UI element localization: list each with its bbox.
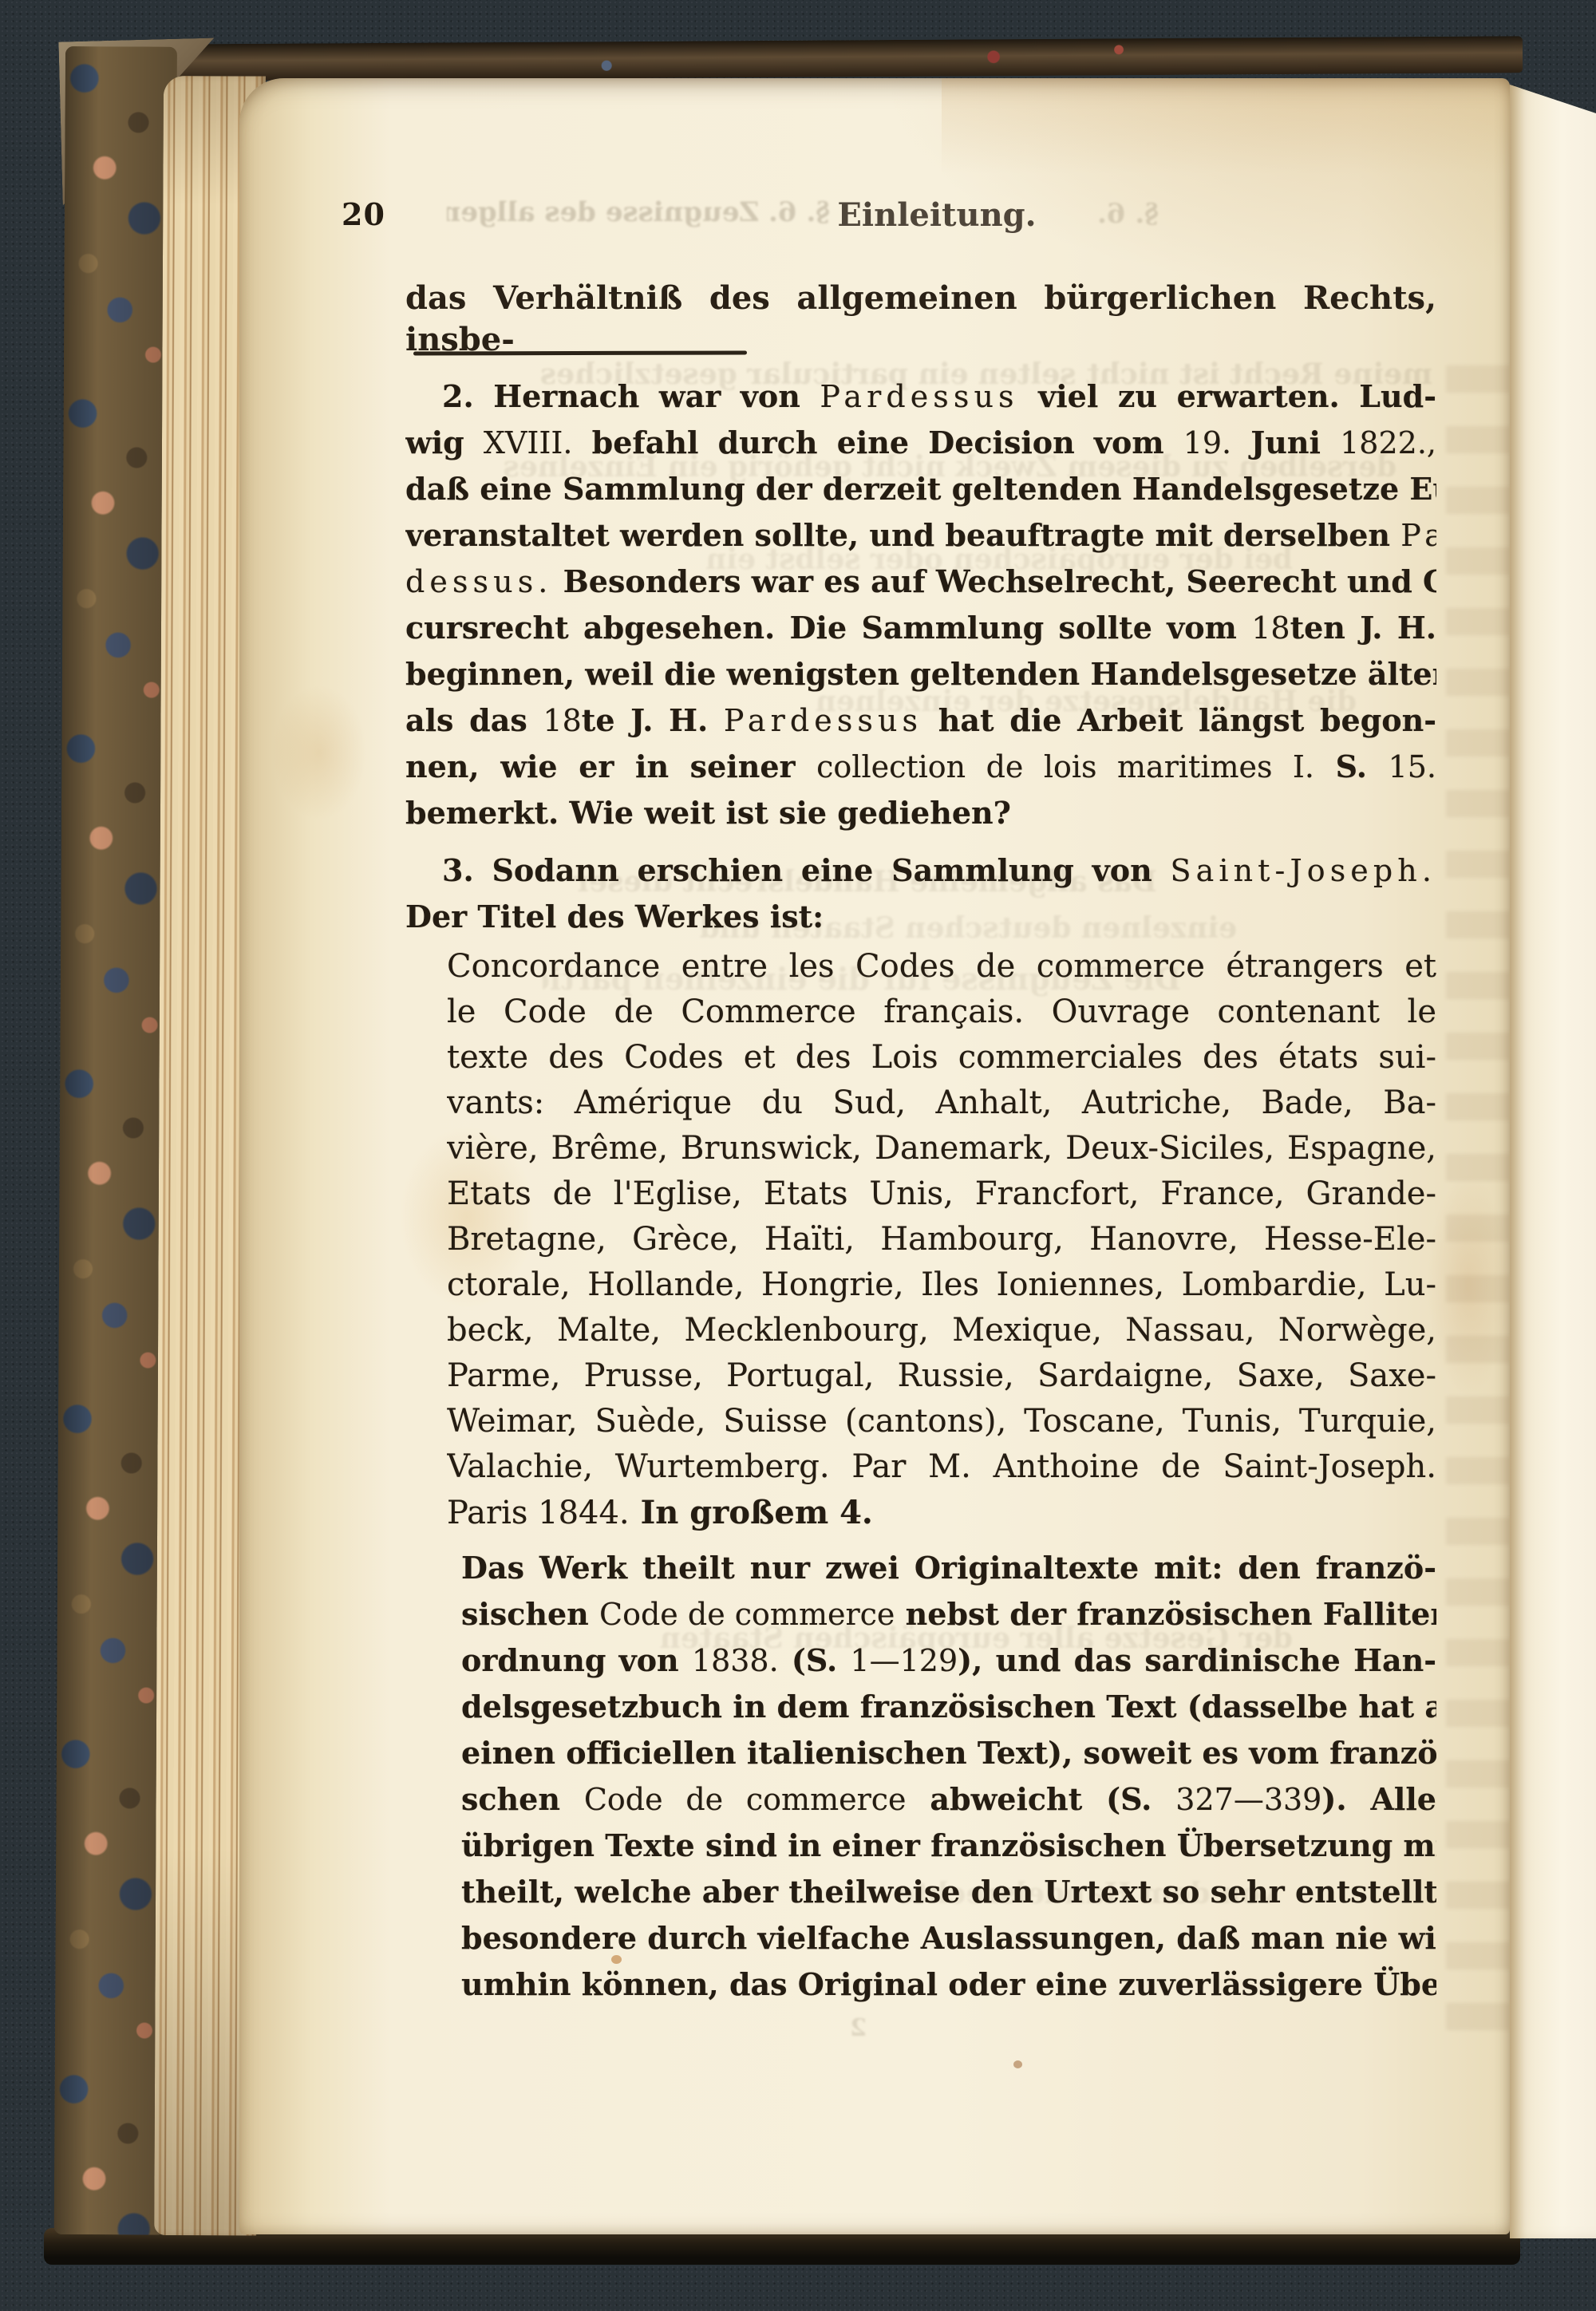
book-scan-backdrop: §. 6. Zeugnisse des allgemeinen Handelsr… (0, 0, 1596, 2311)
fraktur-text: 3. Sodann erschien eine Sammlung von (442, 852, 1171, 888)
antiqua-text: XVIII. (484, 425, 573, 460)
text-line: daß eine Sammlung der derzeit geltenden … (405, 466, 1436, 512)
fraktur-text: Das Werk theilt nur zwei Originaltexte m… (461, 1550, 1436, 1586)
text-line: umhin können, das Original oder eine zuv… (461, 1961, 1436, 2008)
antiqua-text: Pardessus (724, 703, 922, 738)
fraktur-text: befahl durch eine Decision vom (572, 425, 1183, 460)
text-line: vière, Brême, Brunswick, Danemark, Deux-… (447, 1126, 1436, 1171)
text-line: schen Code de commerce abweicht (S. 327—… (461, 1776, 1436, 1823)
paragraph-2: 2. Hernach war von Pardessus viel zu erw… (405, 373, 1436, 836)
antiqua-text: Etats de l'Eglise, Etats Unis, Francfort… (447, 1175, 1436, 1212)
fraktur-text: delsgesetzbuch in dem französischen Text… (461, 1689, 1436, 1724)
bleedthrough-text: 2 (819, 2014, 867, 2052)
antiqua-text: 19. (1183, 425, 1231, 460)
antiqua-text: texte des Codes et des Lois commerciales… (447, 1039, 1436, 1076)
fraktur-text: S. (1314, 749, 1389, 784)
text-line: ordnung von 1838. (S. 1—129), und das sa… (461, 1637, 1436, 1684)
fraktur-text: 2. Hernach war von (442, 378, 820, 414)
text-line: dessus. Besonders war es auf Wechselrech… (405, 559, 1436, 605)
antiqua-text: beck, Malte, Mecklenbourg, Mexique, Nass… (447, 1312, 1436, 1349)
text-line: beginnen, weil die wenigsten geltenden H… (405, 651, 1436, 697)
antiqua-text: Concordance entre les Codes de commerce … (447, 948, 1436, 985)
fraktur-text: wig (405, 425, 484, 460)
text-line: theilt, welche aber theilweise den Urtex… (461, 1869, 1436, 1915)
text-line: 2. Hernach war von Pardessus viel zu erw… (405, 373, 1436, 420)
text-line: texte des Codes et des Lois commerciales… (447, 1035, 1436, 1080)
antiqua-text: 15. (1389, 749, 1436, 784)
fraktur-text: ). Alle (1321, 1781, 1436, 1817)
stain (942, 78, 1510, 174)
text-line: Bretagne, Grèce, Haïti, Hambourg, Hanovr… (447, 1217, 1436, 1262)
fraktur-text: te J. H. (582, 702, 724, 738)
antiqua-text: Weimar, Suède, Suisse (cantons), Toscane… (447, 1403, 1436, 1440)
book-page: §. 6. Zeugnisse des allgemeinen Handelsr… (239, 78, 1510, 2234)
fraktur-text: (S. (779, 1642, 851, 1678)
antiqua-text: ctorale, Hollande, Hongrie, Iles Ionienn… (447, 1266, 1436, 1303)
fraktur-text: In großem 4. (630, 1494, 873, 1531)
book-cover-top-edge (112, 36, 1523, 81)
text-line: Das Werk theilt nur zwei Originaltexte m… (461, 1545, 1436, 1591)
facing-page-edge (1510, 85, 1596, 2238)
fraktur-text: daß eine Sammlung der derzeit geltenden … (405, 471, 1436, 507)
text-line: Etats de l'Eglise, Etats Unis, Francfort… (447, 1171, 1436, 1217)
fraktur-text: abweicht (S. (907, 1781, 1176, 1817)
fraktur-text: Der Titel des Werkes ist: (405, 899, 824, 934)
antiqua-text: Pardessus (820, 379, 1018, 414)
stain (1013, 2060, 1022, 2068)
fraktur-text: hat die Arbeit längst begon- (922, 702, 1436, 738)
text-line: cursrecht abgesehen. Die Sammlung sollte… (405, 605, 1436, 651)
text-line: ctorale, Hollande, Hongrie, Iles Ionienn… (447, 1262, 1436, 1308)
fraktur-text: theilt, welche aber theilweise den Urtex… (461, 1874, 1436, 1910)
fraktur-text: übrigen Texte sind in einer französische… (461, 1827, 1436, 1863)
text-line: vants: Amérique du Sud, Anhalt, Autriche… (447, 1080, 1436, 1126)
text-line: übrigen Texte sind in einer französische… (461, 1823, 1436, 1869)
gutter-smudge (1446, 365, 1510, 2041)
text-line: einen officiellen italienischen Text), s… (461, 1730, 1436, 1776)
antiqua-text: collection de lois maritimes I. (816, 749, 1314, 784)
antiqua-text: dessus. (405, 564, 552, 599)
text-line: veranstaltet werden sollte, und beauftra… (405, 512, 1436, 559)
fraktur-text: bemerkt. Wie weit ist sie gediehen? (405, 795, 1011, 831)
text-line: le Code de Commerce français. Ouvrage co… (447, 990, 1436, 1035)
fraktur-text: veranstaltet werden sollte, und beauftra… (405, 517, 1400, 553)
stain (271, 685, 367, 820)
fraktur-text: ten J. H. (1290, 610, 1436, 646)
text-line: besondere durch vielfache Auslassungen, … (461, 1915, 1436, 1961)
text-line: sischen Code de commerce nebst der franz… (461, 1591, 1436, 1637)
fraktur-text: Juni (1231, 425, 1340, 460)
fraktur-text: als das (405, 702, 543, 738)
fraktur-text: Besonders war es auf Wechselrecht, Seere… (552, 563, 1436, 599)
fraktur-text: viel zu erwarten. Lud- (1019, 378, 1436, 414)
antiqua-text: Par- (1400, 518, 1436, 553)
antiqua-text: vière, Brême, Brunswick, Danemark, Deux-… (447, 1130, 1436, 1167)
antiqua-text: le Code de Commerce français. Ouvrage co… (447, 994, 1436, 1030)
fraktur-text: schen (461, 1781, 584, 1817)
antiqua-text: Valachie, Wurtemberg. Par M. Anthoine de… (447, 1448, 1436, 1485)
fraktur-text: umhin können, das Original oder eine zuv… (461, 1966, 1436, 2002)
text-line: 3. Sodann erschien eine Sammlung von Sai… (405, 847, 1436, 894)
fraktur-text: nen, wie er in seiner (405, 749, 816, 784)
antiqua-text: 327—339 (1175, 1782, 1321, 1817)
antiqua-text: 18 (543, 703, 581, 738)
paragraph-4: Das Werk theilt nur zwei Originaltexte m… (461, 1545, 1436, 2008)
paragraph-3: 3. Sodann erschien eine Sammlung von Sai… (405, 847, 1436, 940)
text-line: Parme, Prusse, Portugal, Russie, Sardaig… (447, 1353, 1436, 1399)
fraktur-text: nebst der französischen Falliten- (895, 1596, 1436, 1632)
text-line: Der Titel des Werkes ist: (405, 894, 1436, 940)
fraktur-text: beginnen, weil die wenigsten geltenden H… (405, 656, 1436, 692)
text-line: bemerkt. Wie weit ist sie gediehen? (405, 790, 1436, 836)
antiqua-text: Paris 1844. (447, 1495, 630, 1531)
text-line: delsgesetzbuch in dem französischen Text… (461, 1684, 1436, 1730)
antiqua-text: Code de commerce (599, 1597, 895, 1632)
text-line: nen, wie er in seiner collection de lois… (405, 744, 1436, 790)
antiqua-text: 18 (1251, 610, 1290, 646)
text-line: wig XVIII. befahl durch eine Decision vo… (405, 420, 1436, 466)
antiqua-text: 1—129 (850, 1643, 958, 1678)
fraktur-text: besondere durch vielfache Auslassungen, … (461, 1920, 1436, 1956)
text-line: als das 18te J. H. Pardessus hat die Arb… (405, 697, 1436, 744)
page-number: 20 (342, 196, 385, 232)
text-line: Weimar, Suède, Suisse (cantons), Toscane… (447, 1399, 1436, 1444)
text-line: Valachie, Wurtemberg. Par M. Anthoine de… (447, 1444, 1436, 1490)
fraktur-text: ), und das sardinische Han- (958, 1642, 1436, 1678)
antiqua-text: Parme, Prusse, Portugal, Russie, Sardaig… (447, 1357, 1436, 1394)
text-line: Concordance entre les Codes de commerce … (447, 944, 1436, 990)
page-header: 20 Einleitung. (239, 196, 1510, 238)
section-heading: das Verhältniß des allgemeinen bürgerlic… (405, 278, 1436, 361)
fraktur-text: einen officiellen italienischen Text), s… (461, 1735, 1436, 1771)
antiqua-text: Code de commerce (584, 1782, 907, 1817)
french-title-block: Concordance entre les Codes de commerce … (447, 944, 1436, 1535)
running-title: Einleitung. (405, 196, 1436, 234)
fraktur-text: sischen (461, 1596, 599, 1632)
fraktur-text: ordnung von (461, 1642, 692, 1678)
text-line: beck, Malte, Mecklenbourg, Mexique, Nass… (447, 1308, 1436, 1353)
fraktur-text: cursrecht abgesehen. Die Sammlung sollte… (405, 610, 1251, 646)
antiqua-text: Bretagne, Grèce, Haïti, Hambourg, Hanovr… (447, 1221, 1436, 1258)
antiqua-text: 1838. (692, 1643, 779, 1678)
antiqua-text: 1822., (1340, 425, 1436, 460)
antiqua-text: Saint-Joseph. (1171, 853, 1436, 888)
antiqua-text: vants: Amérique du Sud, Anhalt, Autriche… (447, 1084, 1436, 1121)
text-line: Paris 1844. In großem 4. (447, 1490, 1436, 1535)
